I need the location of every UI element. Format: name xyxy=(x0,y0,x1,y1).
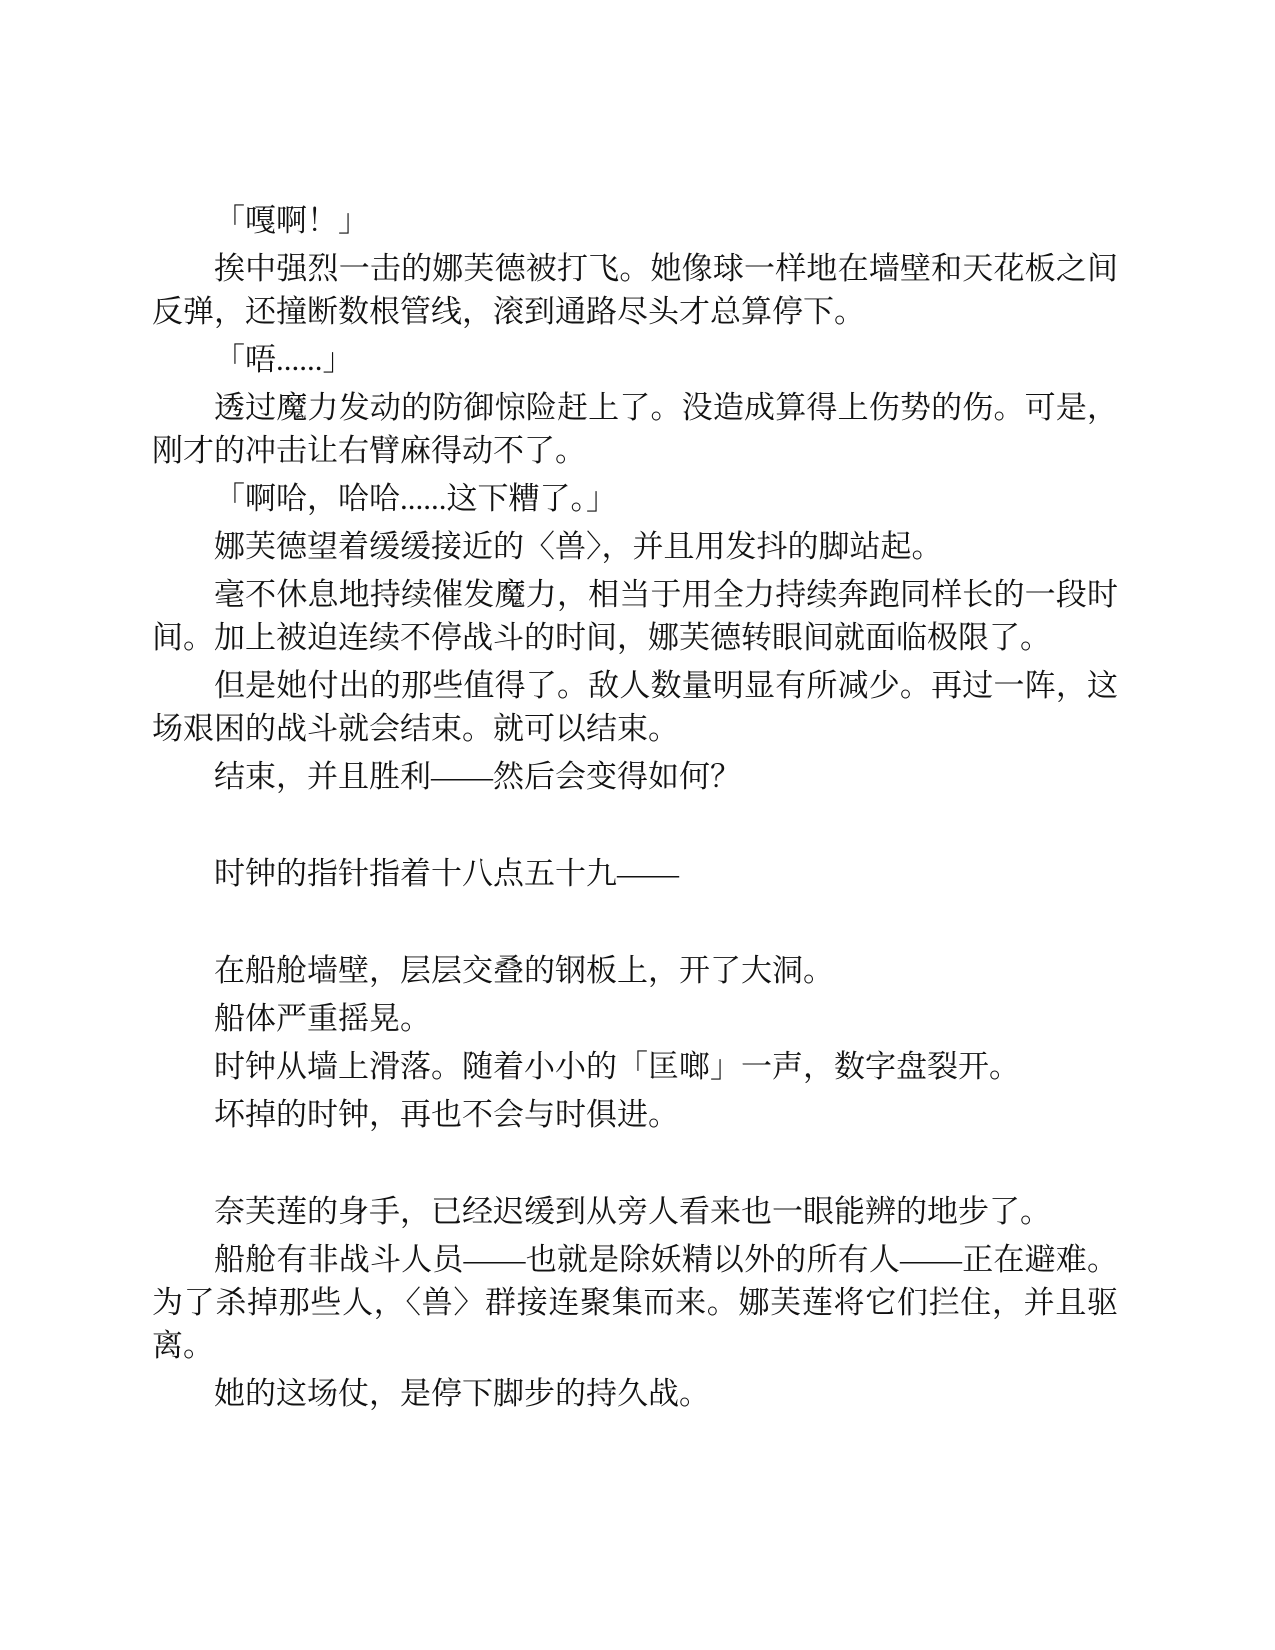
paragraph: 但是她付出的那些值得了。敌人数量明显有所减少。再过一阵，这场艰困的战斗就会结束。… xyxy=(152,664,1118,750)
paragraph: 船舱有非战斗人员——也就是除妖精以外的所有人——正在避难。为了杀掉那些人，〈兽〉… xyxy=(152,1238,1118,1367)
document-page: 「嘎啊！」挨中强烈一击的娜芙德被打飞。她像球一样地在墙壁和天花板之间反弹，还撞断… xyxy=(0,0,1275,1650)
paragraph: 时钟从墙上滑落。随着小小的「匡啷」一声，数字盘裂开。 xyxy=(152,1045,1118,1088)
paragraph: 她的这场仗，是停下脚步的持久战。 xyxy=(152,1372,1118,1415)
paragraph: 娜芙德望着缓缓接近的〈兽〉，并且用发抖的脚站起。 xyxy=(152,525,1118,568)
paragraph: 在船舱墙壁，层层交叠的钢板上，开了大洞。 xyxy=(152,949,1118,992)
paragraph: 船体严重摇晃。 xyxy=(152,997,1118,1040)
paragraph: 「唔......」 xyxy=(152,338,1118,381)
paragraph: 奈芙莲的身手，已经迟缓到从旁人看来也一眼能辨的地步了。 xyxy=(152,1190,1118,1233)
paragraph: 毫不休息地持续催发魔力，相当于用全力持续奔跑同样长的一段时间。加上被迫连续不停战… xyxy=(152,573,1118,659)
paragraph: 透过魔力发动的防御惊险赶上了。没造成算得上伤势的伤。可是，刚才的冲击让右臂麻得动… xyxy=(152,386,1118,472)
paragraph: 结束，并且胜利——然后会变得如何？ xyxy=(152,755,1118,798)
paragraph: 时钟的指针指着十八点五十九—— xyxy=(152,852,1118,895)
text-block: 「嘎啊！」挨中强烈一击的娜芙德被打飞。她像球一样地在墙壁和天花板之间反弹，还撞断… xyxy=(152,0,1118,1415)
paragraph: 坏掉的时钟，再也不会与时俱进。 xyxy=(152,1093,1118,1136)
paragraph: 挨中强烈一击的娜芙德被打飞。她像球一样地在墙壁和天花板之间反弹，还撞断数根管线，… xyxy=(152,247,1118,333)
paragraph: 「嘎啊！」 xyxy=(152,199,1118,242)
paragraph: 「啊哈，哈哈......这下糟了。」 xyxy=(152,477,1118,520)
